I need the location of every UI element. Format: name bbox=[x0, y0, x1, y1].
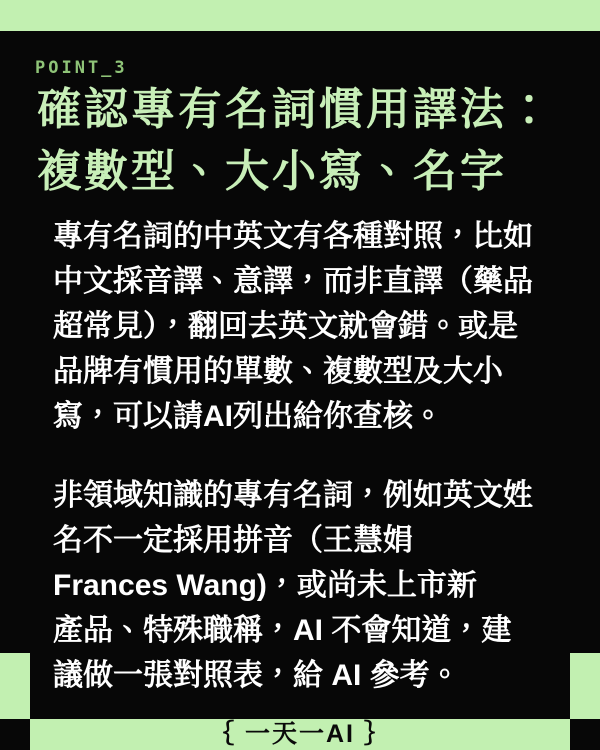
body-paragraph-2: 非領域知識的專有名詞，例如英文姓 名不一定採用拼音（王慧娟 Frances Wa… bbox=[53, 473, 583, 698]
social-post-card: POINT_3 確認專有名詞慣用譯法： 複數型、大小寫、名字 專有名詞的中英文有… bbox=[0, 0, 600, 750]
body-paragraph-1: 專有名詞的中英文有各種對照，比如 中文採音譯、意譯，而非直譯（藥品 超常見），翻… bbox=[53, 214, 583, 439]
brand-footer-label: ｛ 一天一AI ｝ bbox=[209, 722, 391, 747]
top-green-band bbox=[0, 0, 600, 31]
post-title: 確認專有名詞慣用譯法： 複數型、大小寫、名字 bbox=[37, 79, 554, 203]
point-kicker-label: POINT_3 bbox=[35, 58, 128, 78]
left-green-notch bbox=[0, 653, 30, 719]
right-green-notch bbox=[570, 653, 600, 719]
footer-band: ｛ 一天一AI ｝ bbox=[30, 719, 570, 750]
